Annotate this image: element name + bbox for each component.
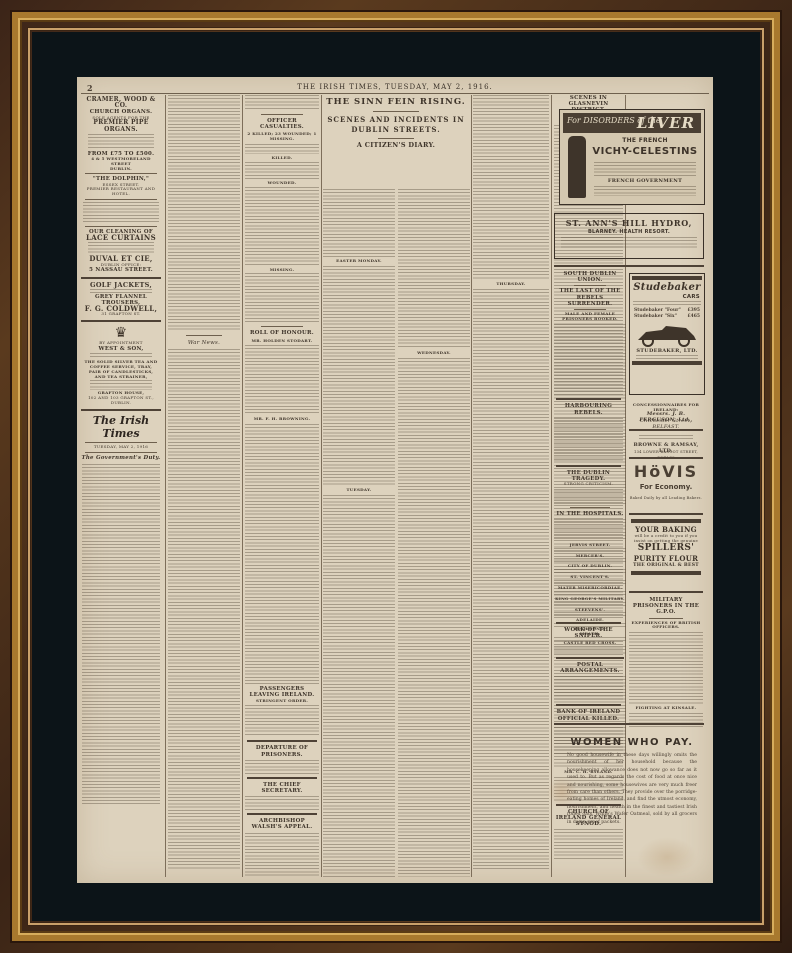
main-story-title: THE SINN FEIN RISING. [323, 97, 469, 108]
picture-frame: 2 THE IRISH TIMES, TUESDAY, MAY 2, 1916.… [0, 0, 792, 953]
ad-dolphin: "THE DOLPHIN," ESSEX STREET. PREMIER RES… [82, 176, 160, 197]
car-icon [632, 322, 702, 348]
main-story-col-c: THURSDAY. [473, 95, 549, 877]
ad-hovis: HöVIS For Economy. Baked Daily by all Le… [629, 461, 703, 509]
main-story-col-a: EASTER MONDAY. TUESDAY. [323, 189, 395, 877]
column-3: OFFICER CASUALTIES. 2 KILLED; 23 WOUNDED… [245, 95, 319, 877]
masthead-rule [81, 93, 709, 94]
ad-women-who-pay: WOMEN WHO PAY. No good housewife in thes… [567, 737, 697, 826]
masthead-line: THE IRISH TIMES, TUESDAY, MAY 2, 1916. [77, 83, 713, 91]
royal-crest-icon: ♛ [82, 325, 160, 341]
main-story-col-b: WEDNESDAY. [398, 189, 470, 877]
women-ad-title: WOMEN WHO PAY. [567, 737, 697, 748]
ad-cramer: CRAMER, WOOD & CO. CHURCH ORGANS. Sole A… [82, 97, 160, 171]
war-news-heading: War News. [168, 340, 240, 346]
main-story-section: A CITIZEN'S DIARY. [323, 142, 469, 148]
ad-spillers: YOUR BAKING will be a credit to you if y… [629, 517, 703, 587]
newspaper-page: 2 THE IRISH TIMES, TUESDAY, MAY 2, 1916.… [77, 77, 713, 883]
women-ad-body: No good housewife in these days willingl… [567, 752, 697, 826]
ad-lace-curtains: OUR CLEANING OF LACE CURTAINS [82, 229, 160, 254]
ad-duval: DUVAL ET CIE, DUBLIN OFFICE: 5 NASSAU ST… [82, 256, 160, 273]
bottle-icon [568, 136, 586, 198]
main-story-subtitle: SCENES AND INCIDENTS IN DUBLIN STREETS. [323, 115, 469, 135]
column-2: War News. [168, 95, 240, 877]
column-ads-left: CRAMER, WOOD & CO. CHURCH ORGANS. Sole A… [79, 95, 163, 877]
main-story-header: THE SINN FEIN RISING. SCENES AND INCIDEN… [323, 97, 469, 148]
ad-coldwell: GOLF JACKETS, GREY FLANNEL TROUSERS, F. … [82, 282, 160, 318]
ad-west-son: ♛ By Appointment WEST & SON, THE SOLID S… [82, 325, 160, 406]
ad-st-anns-hydro: ST. ANN'S HILL HYDRO, BLARNEY. HEALTH RE… [554, 213, 704, 259]
newspaper-title: The Irish Times [79, 414, 163, 440]
editorial-heading: The Government's Duty. [79, 455, 163, 461]
stain [637, 837, 697, 877]
ad-studebaker: Studebaker CARS Studebaker "Four"£395 St… [629, 273, 705, 395]
ad-vichy-celestins: For DISORDERS of the LIVER THE FRENCH VI… [559, 109, 705, 205]
stain [547, 777, 577, 807]
title-date: TUESDAY, MAY 2, 1916 [79, 445, 163, 450]
